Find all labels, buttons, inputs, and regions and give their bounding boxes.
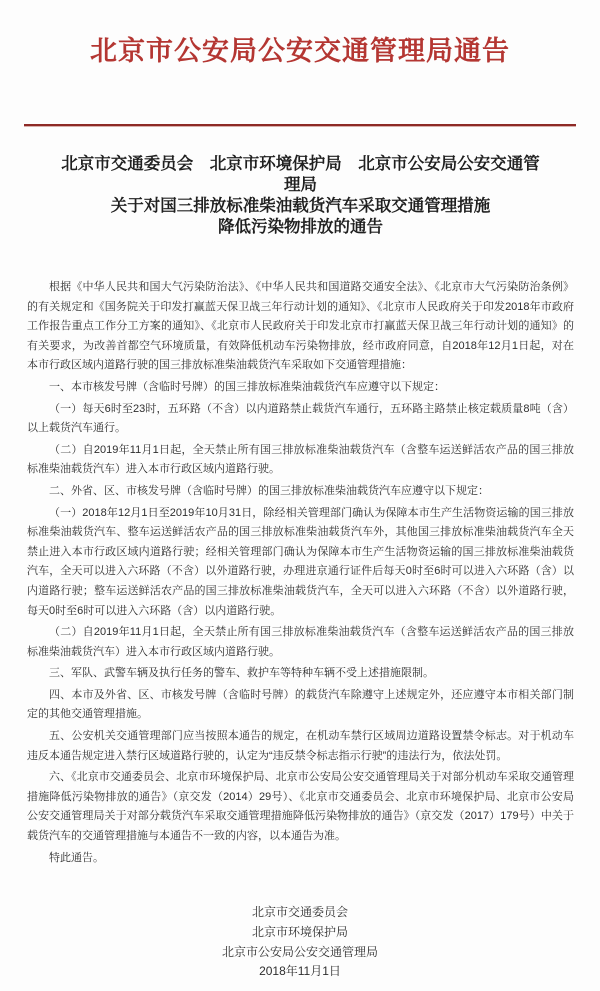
notice-body: 根据《中华人民共和国大气污染防治法》、《中华人民共和国道路交通安全法》、《北京市…: [27, 278, 574, 868]
heading-line: 关于对国三排放标准柴油载货汽车采取交通管理措施: [27, 196, 574, 217]
issuing-authorities-heading: 北京市交通委员会 北京市环境保护局 北京市公安局公安交通管理局关于对国三排放标准…: [27, 154, 574, 238]
body-paragraph: 一、本市核发号牌（含临时号牌）的国三排放标准柴油载货汽车应遵守以下规定：: [27, 378, 574, 398]
notice-date: 2018年11月1日: [0, 962, 600, 982]
signature-authority: 北京市环境保护局: [0, 923, 600, 943]
body-paragraph: （二）自2019年11月1日起，全天禁止所有国三排放标准柴油载货汽车（含整车运送…: [27, 623, 574, 662]
closing-line: 特此通告。: [27, 849, 574, 869]
signature-authority: 北京市交通委员会: [0, 903, 600, 923]
body-paragraph: 四、本市及外省、区、市核发号牌（含临时号牌）的载货汽车除遵守上述规定外，还应遵守…: [27, 686, 574, 725]
body-paragraph: （一）每天6时至23时，五环路（不含）以内道路禁止载货汽车通行，五环路主路禁止核…: [27, 400, 574, 439]
body-paragraph: （一）2018年12月1日至2019年10月31日，除经相关管理部门确认为保障本…: [27, 504, 574, 622]
body-paragraph: 二、外省、区、市核发号牌（含临时号牌）的国三排放标准柴油载货汽车应遵守以下规定：: [27, 482, 574, 502]
notice-masthead-title: 北京市公安局公安交通管理局通告: [0, 0, 600, 69]
heading-line: 降低污染物排放的通告: [27, 217, 574, 238]
heading-line: 理局: [27, 175, 574, 196]
body-paragraph: 五、公安机关交通管理部门应当按照本通告的规定，在机动车禁行区域周边道路设置禁令标…: [27, 727, 574, 766]
signature-block: 北京市交通委员会北京市环境保护局北京市公安局公安交通管理局2018年11月1日: [0, 903, 600, 982]
body-paragraph: （二）自2019年11月1日起，全天禁止所有国三排放标准柴油载货汽车（含整车运送…: [27, 441, 574, 480]
body-paragraph: 三、军队、武警车辆及执行任务的警车、救护车等特种车辆不受上述措施限制。: [27, 664, 574, 684]
body-paragraph: 根据《中华人民共和国大气污染防治法》、《中华人民共和国道路交通安全法》、《北京市…: [27, 278, 574, 376]
notice-document: 北京市公安局公安交通管理局通告 北京市交通委员会 北京市环境保护局 北京市公安局…: [0, 0, 600, 991]
signature-authority: 北京市公安局公安交通管理局: [0, 943, 600, 963]
red-divider-line: [24, 124, 576, 127]
body-paragraph: 六、《北京市交通委员会、北京市环境保护局、北京市公安局公安交通管理局关于对部分机…: [27, 768, 574, 846]
heading-line: 北京市交通委员会 北京市环境保护局 北京市公安局公安交通管: [27, 154, 574, 175]
